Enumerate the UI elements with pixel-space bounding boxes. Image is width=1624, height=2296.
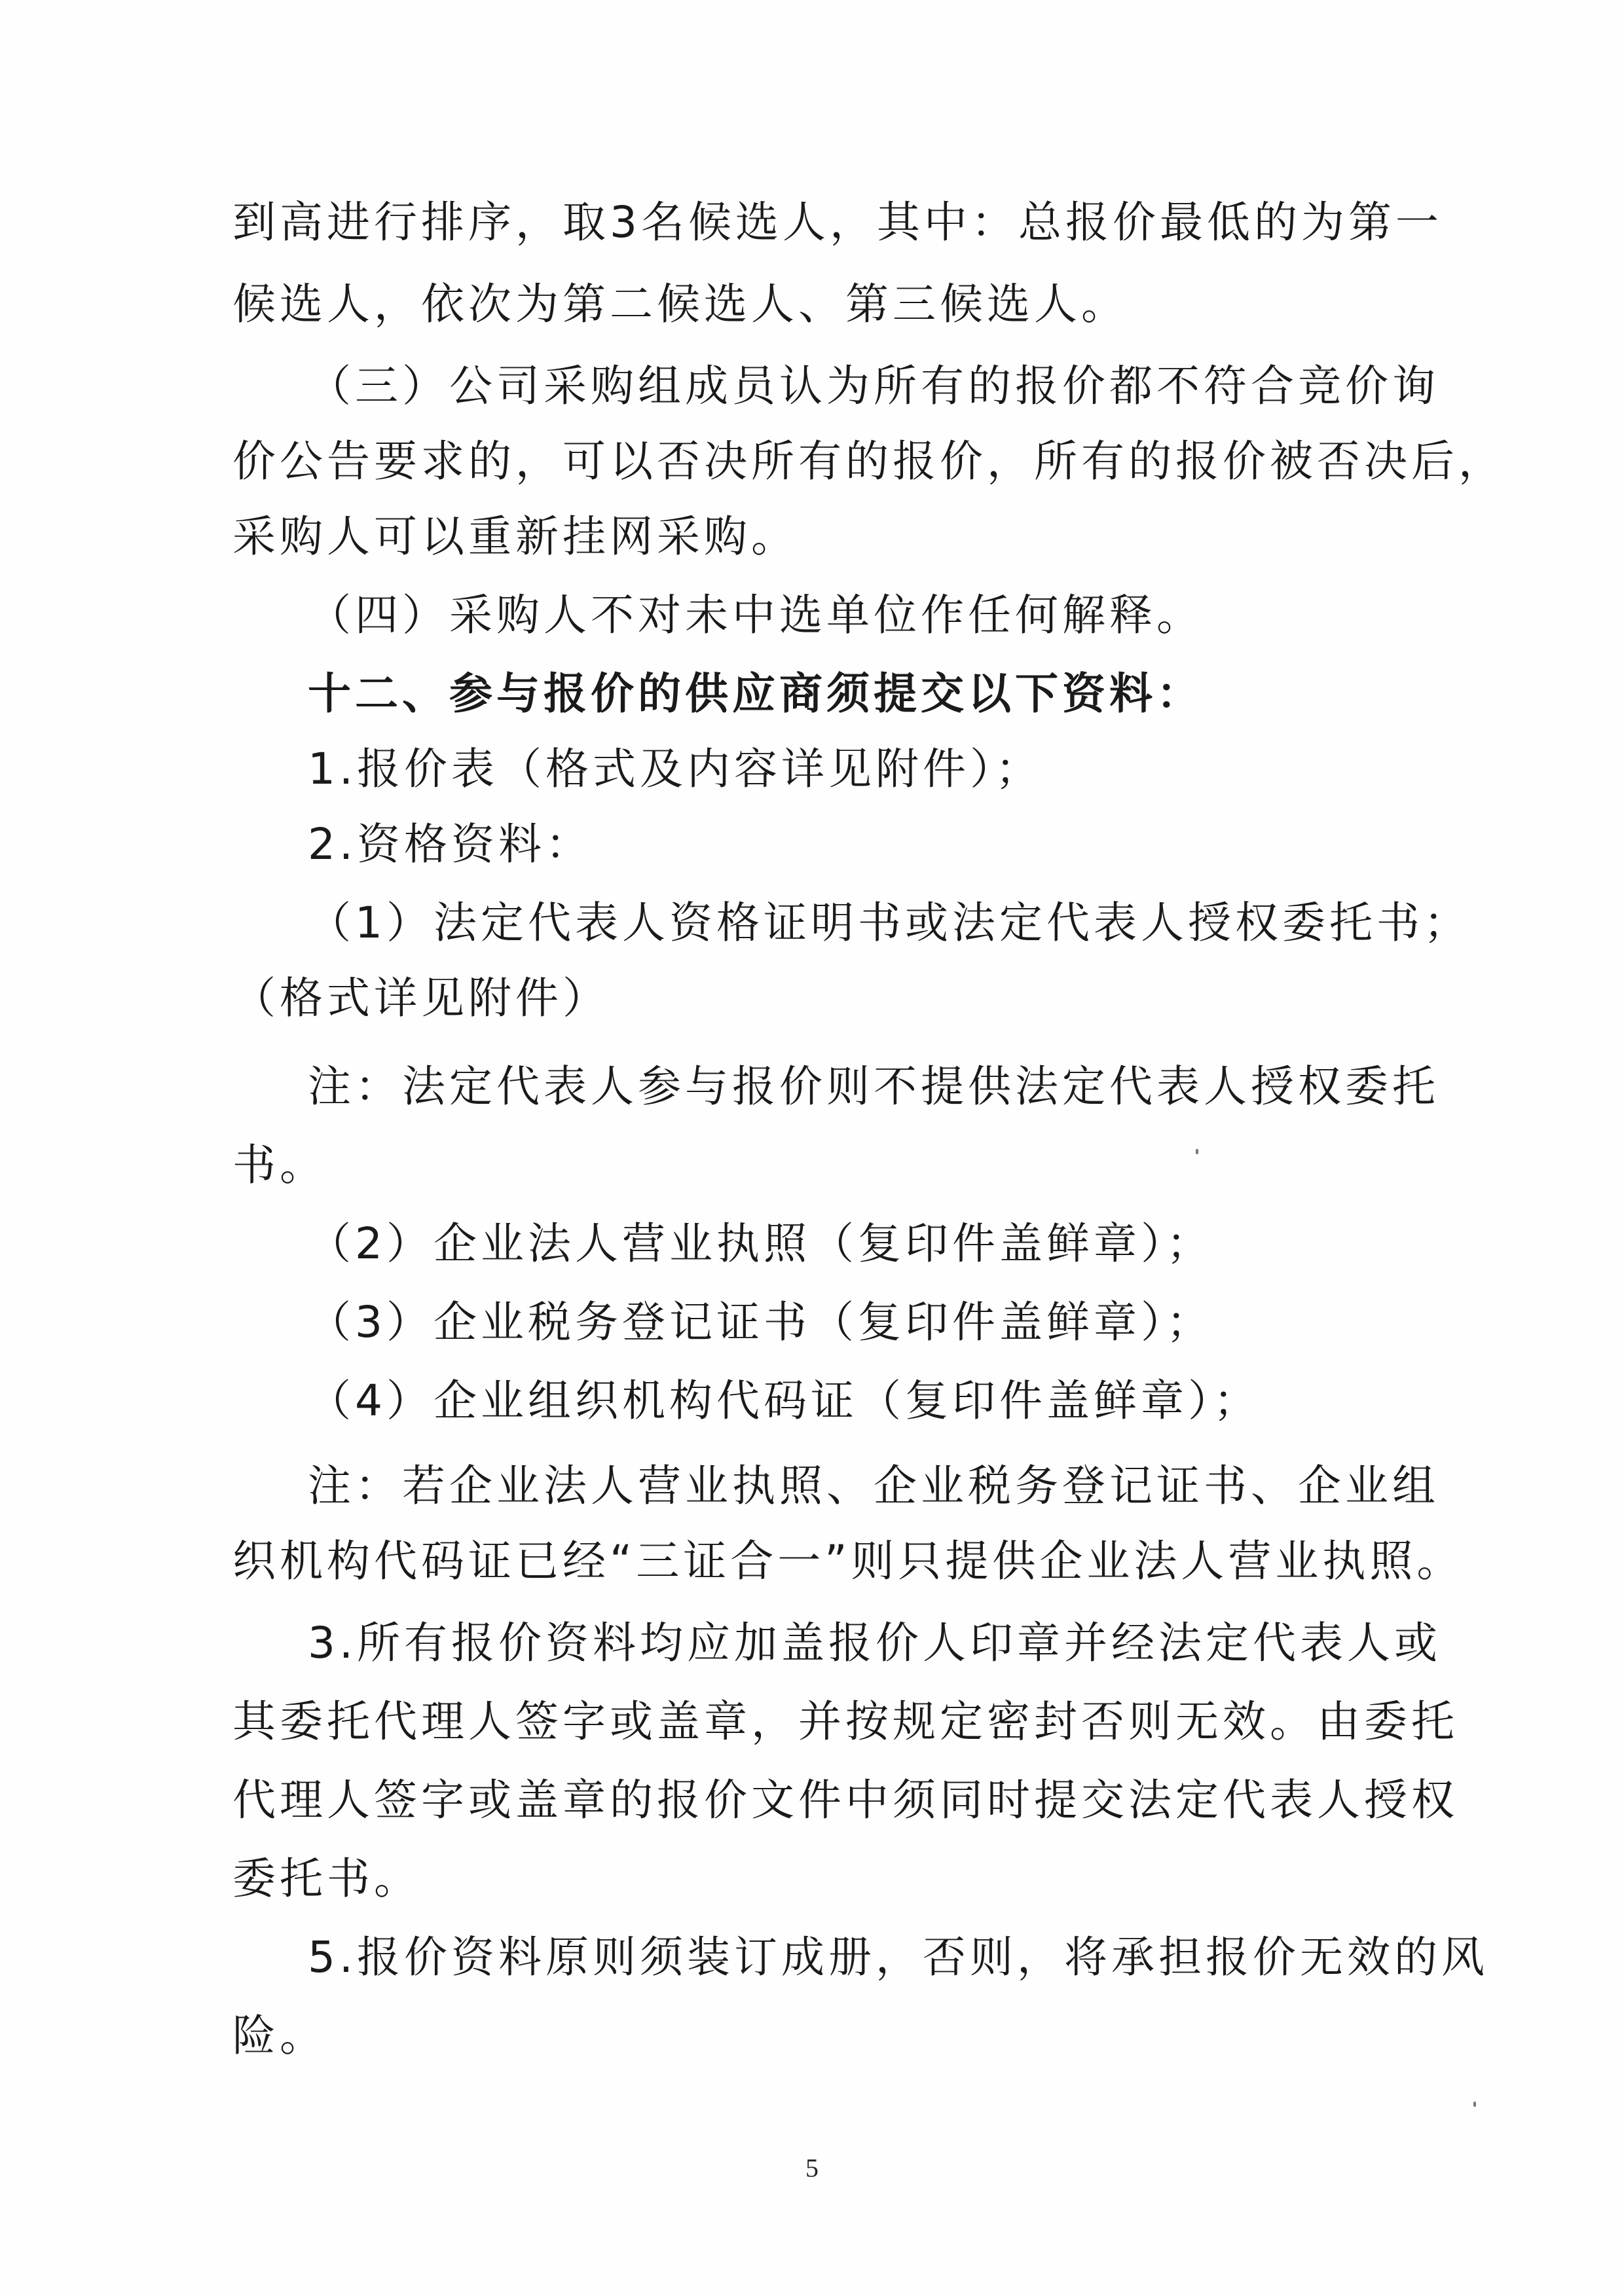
item-seal-sign: 3.所有报价资料均应加盖报价人印章并经法定代表人或	[308, 1617, 1460, 1669]
subitem-tax-cert: （3）企业税务登记证书（复印件盖鲜章）；	[308, 1296, 1460, 1349]
document-page: 到高进行排序，取3名候选人，其中：总报价最低的为第一 候选人，依次为第二候选人、…	[0, 0, 1624, 2296]
body-line: 候选人，依次为第二候选人、第三候选人。	[232, 278, 1385, 331]
note-three-in-one: 注：若企业法人营业执照、企业税务登记证书、企业组	[308, 1460, 1460, 1512]
scan-speck	[1196, 1149, 1198, 1154]
item-binding: 5.报价资料原则须装订成册，否则，将承担报价无效的风	[308, 1931, 1460, 1984]
item-quote-table: 1.报价表（格式及内容详见附件）；	[308, 743, 1460, 795]
body-line: 到高进行排序，取3名候选人，其中：总报价最低的为第一	[232, 196, 1385, 249]
subitem-business-license: （2）企业法人营业执照（复印件盖鲜章）；	[308, 1218, 1460, 1270]
body-line: 险。	[232, 2010, 1385, 2062]
page-number: 5	[0, 2153, 1624, 2183]
section-heading-twelve: 十二、参与报价的供应商须提交以下资料：	[308, 668, 1460, 720]
clause-four: （四）采购人不对未中选单位作任何解释。	[308, 589, 1460, 642]
subitem-legal-rep: （1）法定代表人资格证明书或法定代表人授权委托书；	[308, 897, 1460, 949]
body-line: 委托书。	[232, 1853, 1385, 1905]
body-line: 其委托代理人签字或盖章，并按规定密封否则无效。由委托	[232, 1696, 1385, 1748]
scan-speck	[1473, 2102, 1476, 2107]
body-line: （格式详见附件）	[232, 972, 1385, 1025]
body-line: 书。	[232, 1139, 1385, 1192]
body-line: 代理人签字或盖章的报价文件中须同时提交法定代表人授权	[232, 1774, 1385, 1827]
subitem-org-code: （4）企业组织机构代码证（复印件盖鲜章）；	[308, 1375, 1460, 1427]
body-line: 织机构代码证已经“三证合一”则只提供企业法人营业执照。	[232, 1535, 1385, 1588]
note-legal-rep: 注：法定代表人参与报价则不提供法定代表人授权委托	[308, 1061, 1460, 1113]
body-line: 价公告要求的，可以否决所有的报价，所有的报价被否决后，	[232, 435, 1385, 488]
item-qualification: 2.资格资料：	[308, 818, 1460, 871]
body-line: 采购人可以重新挂网采购。	[232, 511, 1385, 563]
clause-three: （三）公司采购组成员认为所有的报价都不符合竞价询	[308, 360, 1460, 412]
